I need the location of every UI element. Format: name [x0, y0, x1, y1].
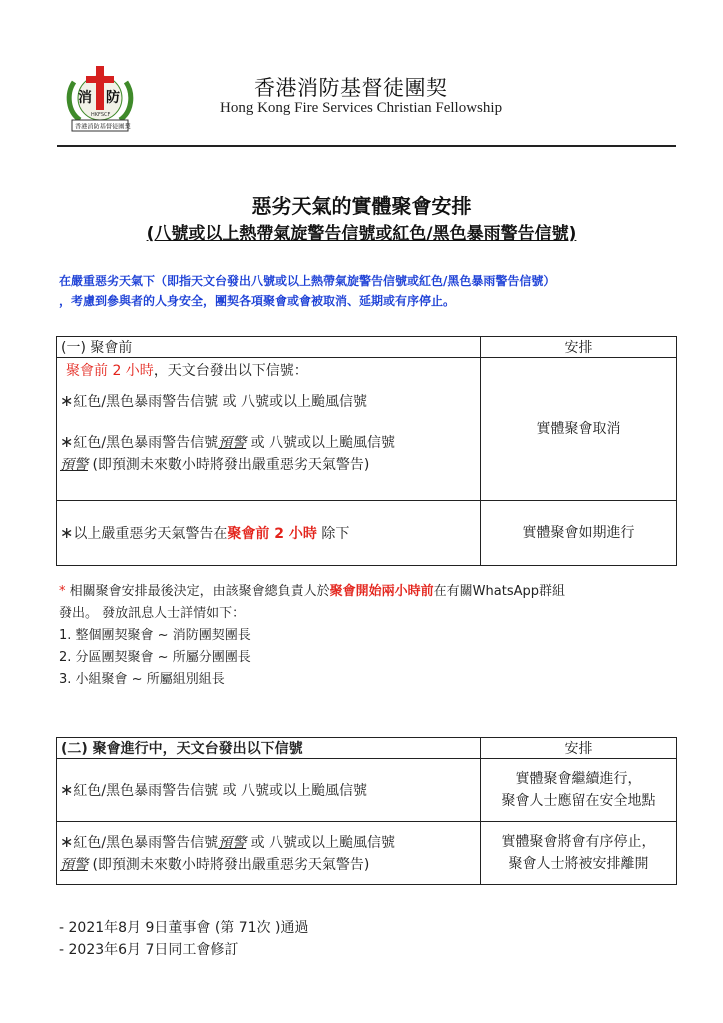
asterisk-icon: ∗	[60, 523, 73, 542]
condition-intro: 聚會前 2 小時，天文台發出以下信號：	[60, 360, 480, 382]
arrangement-cancel: 實體聚會取消	[481, 358, 677, 501]
two-hours-before-highlight: 聚會前 2 小時	[66, 363, 154, 379]
arrangement-stop: 實體聚會將會有序停止， 聚會人士將被安排離開	[481, 822, 677, 885]
table-row: 聚會前 2 小時，天文台發出以下信號： ∗紅色/黑色暴雨警告信號 或 八號或以上…	[57, 358, 677, 501]
svg-text:HKFSCF: HKFSCF	[91, 112, 110, 118]
revision-history: - 2021年8月 9日董事會 (第 71次 )通過 - 2023年6月 7日同…	[59, 917, 308, 961]
asterisk-icon: ∗	[60, 832, 73, 851]
notes-item: 2. 分區團契聚會 ~ 所屬分團團長	[59, 647, 679, 669]
signal-conditions-cell: 聚會前 2 小時，天文台發出以下信號： ∗紅色/黑色暴雨警告信號 或 八號或以上…	[57, 358, 481, 501]
table-header-row: (一) 聚會前 安排	[57, 337, 677, 358]
revision-line: - 2023年6月 7日同工會修訂	[59, 939, 308, 961]
warning-signal-cell: ∗紅色/黑色暴雨警告信號 或 八號或以上颱風信號	[57, 759, 481, 822]
logo-left-char: 消	[78, 89, 92, 106]
safety-notice: 在嚴重惡劣天氣下（即指天文台發出八號或以上熱帶氣旋警告信號或紅色/黑色暴雨警告信…	[59, 271, 555, 311]
org-name-english: Hong Kong Fire Services Christian Fellow…	[220, 100, 502, 117]
arrangement-continue: 實體聚會繼續進行， 聚會人士應留在安全地點	[481, 759, 677, 822]
asterisk-icon: ∗	[60, 432, 73, 451]
table-row: ∗以上嚴重惡劣天氣警告在聚會前 2 小時 除下 實體聚會如期進行	[57, 501, 677, 566]
asterisk-icon: ∗	[60, 780, 73, 799]
warning-lowered-cell: ∗以上嚴重惡劣天氣警告在聚會前 2 小時 除下	[57, 501, 481, 566]
svg-text:香港消防基督徒團契: 香港消防基督徒團契	[75, 123, 131, 131]
logo-right-char: 防	[106, 89, 120, 106]
fellowship-logo: 消 防 HKFSCF 香港消防基督徒團契	[64, 64, 136, 136]
before-meeting-table: (一) 聚會前 安排 聚會前 2 小時，天文台發出以下信號： ∗紅色/黑色暴雨警…	[56, 336, 677, 566]
org-name-chinese: 香港消防基督徒團契	[254, 72, 448, 102]
notice-line-2: ，考慮到參與者的人身安全，團契各項聚會或會被取消、延期或有序停止。	[59, 291, 555, 311]
table-row: ∗紅色/黑色暴雨警告信號預警 或 八號或以上颱風信號預警 (即預測未來數小時將發…	[57, 822, 677, 885]
pre-warning-cell: ∗紅色/黑色暴雨警告信號預警 或 八號或以上颱風信號預警 (即預測未來數小時將發…	[57, 822, 481, 885]
notice-line-1: 在嚴重惡劣天氣下（即指天文台發出八號或以上熱帶氣旋警告信號或紅色/黑色暴雨警告信…	[59, 271, 555, 291]
table-header-right: 安排	[481, 738, 677, 759]
revision-line: - 2021年8月 9日董事會 (第 71次 )通過	[59, 917, 308, 939]
table-row: ∗紅色/黑色暴雨警告信號 或 八號或以上颱風信號 實體聚會繼續進行， 聚會人士應…	[57, 759, 677, 822]
condition-item-2: ∗紅色/黑色暴雨警告信號預警 或 八號或以上颱風信號預警 (即預測未來數小時將發…	[60, 431, 480, 476]
notes-line-1: * 相關聚會安排最後決定，由該聚會總負責人於聚會開始兩小時前在有關WhatsAp…	[59, 581, 679, 603]
table-header-left: (一) 聚會前	[57, 337, 481, 358]
notes-line-2: 發出。 發放訊息人士詳情如下：	[59, 603, 679, 625]
decision-notes: * 相關聚會安排最後決定，由該聚會總負責人於聚會開始兩小時前在有關WhatsAp…	[59, 581, 679, 691]
arrangement-proceed: 實體聚會如期進行	[481, 501, 677, 566]
table-header-left: (二) 聚會進行中，天文台發出以下信號	[57, 738, 481, 759]
logo-emblem-icon: 消 防 HKFSCF 香港消防基督徒團契	[64, 64, 136, 136]
header-divider	[57, 145, 676, 147]
table-header-right: 安排	[481, 337, 677, 358]
table-header-row: (二) 聚會進行中，天文台發出以下信號 安排	[57, 738, 677, 759]
page-title: 惡劣天氣的實體聚會安排	[0, 190, 723, 219]
during-meeting-table: (二) 聚會進行中，天文台發出以下信號 安排 ∗紅色/黑色暴雨警告信號 或 八號…	[56, 737, 677, 885]
notes-item: 1. 整個團契聚會 ~ 消防團契團長	[59, 625, 679, 647]
asterisk-icon: ∗	[60, 391, 73, 410]
page-subtitle: (八號或以上熱帶氣旋警告信號或紅色/黑色暴雨警告信號)	[0, 219, 723, 244]
notes-item: 3. 小組聚會 ~ 所屬組別組長	[59, 669, 679, 691]
condition-item-1: ∗紅色/黑色暴雨警告信號 或 八號或以上颱風信號	[60, 390, 480, 413]
